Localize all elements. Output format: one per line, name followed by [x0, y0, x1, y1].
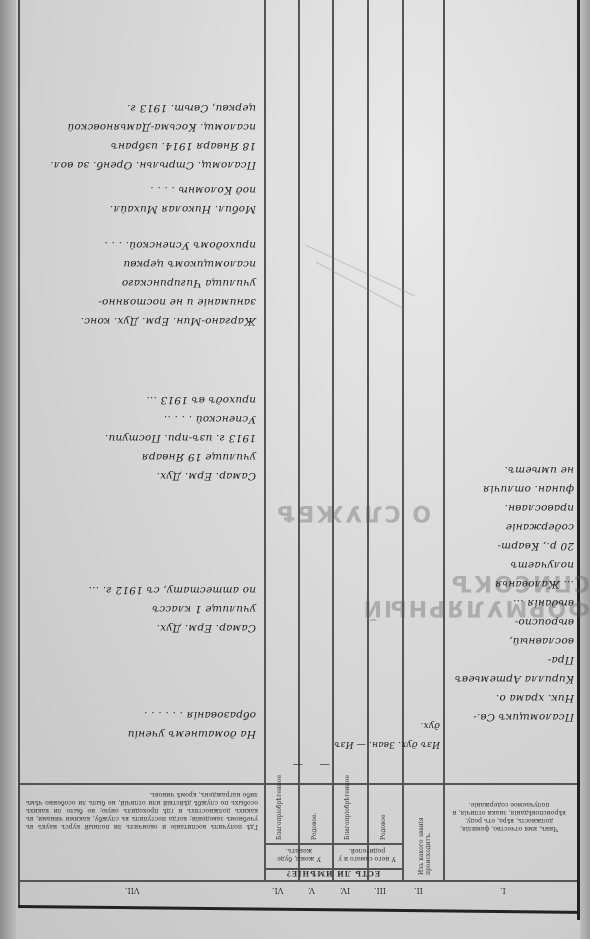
entry-col7-service-5: Псаломщ. Стрѣльн. Оренб. за вол. 18 Янва… — [26, 98, 256, 174]
header-subrule — [264, 843, 402, 845]
page-left-edge — [0, 0, 16, 939]
header-top-rule — [20, 783, 577, 785]
col3-header: Родовое — [380, 790, 387, 840]
col5-numeral: V. — [308, 886, 315, 895]
col1-header: Чинъ, имя отчество, фамилія, должность, … — [450, 800, 568, 832]
entry-col3: — — [310, 755, 330, 774]
form-title-stamp: О СЛУЖБѢ — [275, 500, 431, 525]
entry-col7-education: На домашнемъ ученіи образованія . . . . … — [26, 705, 256, 743]
entry-col1-rank-name: Псаломщикъ Св.-Ник. храма о. Кирилла Арт… — [448, 460, 574, 726]
column-rule — [298, 0, 300, 880]
page-right-edge — [580, 0, 590, 939]
form-right-border — [577, 0, 580, 920]
col2-numeral: II. — [414, 886, 423, 895]
entry-col7-service-2: Самар. Ерм. Дух. училище 19 Января 1913 … — [26, 390, 256, 485]
col1-numeral: I. — [500, 886, 506, 895]
column-rule — [443, 0, 445, 880]
entry-col4: — — [283, 755, 303, 774]
col7-numeral: VII. — [125, 886, 140, 895]
property-group-header: ЕСТЬ ЛИ ИМѢНІЕ? — [266, 869, 400, 877]
entry-col2-origin: Изъ дух. Зван. — Изъ дух. — [330, 715, 440, 753]
property-sub-wife: У жены, буде женатъ. — [268, 846, 330, 862]
column-rule — [264, 0, 266, 880]
col4-header: Благопріобрѣтенное — [344, 790, 351, 840]
col3-numeral: III. — [374, 886, 386, 895]
property-sub-self: У него самого и у родителей. — [336, 846, 398, 862]
form-left-border — [18, 0, 20, 905]
col2-header: Изъ какого званія происходитъ. — [418, 790, 432, 875]
col7-header: Гдѣ получилъ воспитаніе и окончилъ ли по… — [26, 790, 258, 830]
entry-col7-service-3: Жаргано-Мин. Ерм. Дух. конс. заниманіе и… — [26, 235, 256, 330]
col6-header: Благопріобрѣтенное — [276, 790, 283, 840]
entry-col7-service-1: Самар. Ерм. Дух. училище 1 классъ по атт… — [26, 580, 256, 637]
header-numeral-rule — [20, 880, 577, 882]
col5-header: Родовое. — [311, 790, 318, 840]
entry-col7-service-4: Мобил. Николая Михайл. под Коломнѣ . . .… — [26, 180, 256, 218]
col4-numeral: IV. — [340, 886, 350, 895]
col6-numeral: VI. — [272, 886, 283, 895]
